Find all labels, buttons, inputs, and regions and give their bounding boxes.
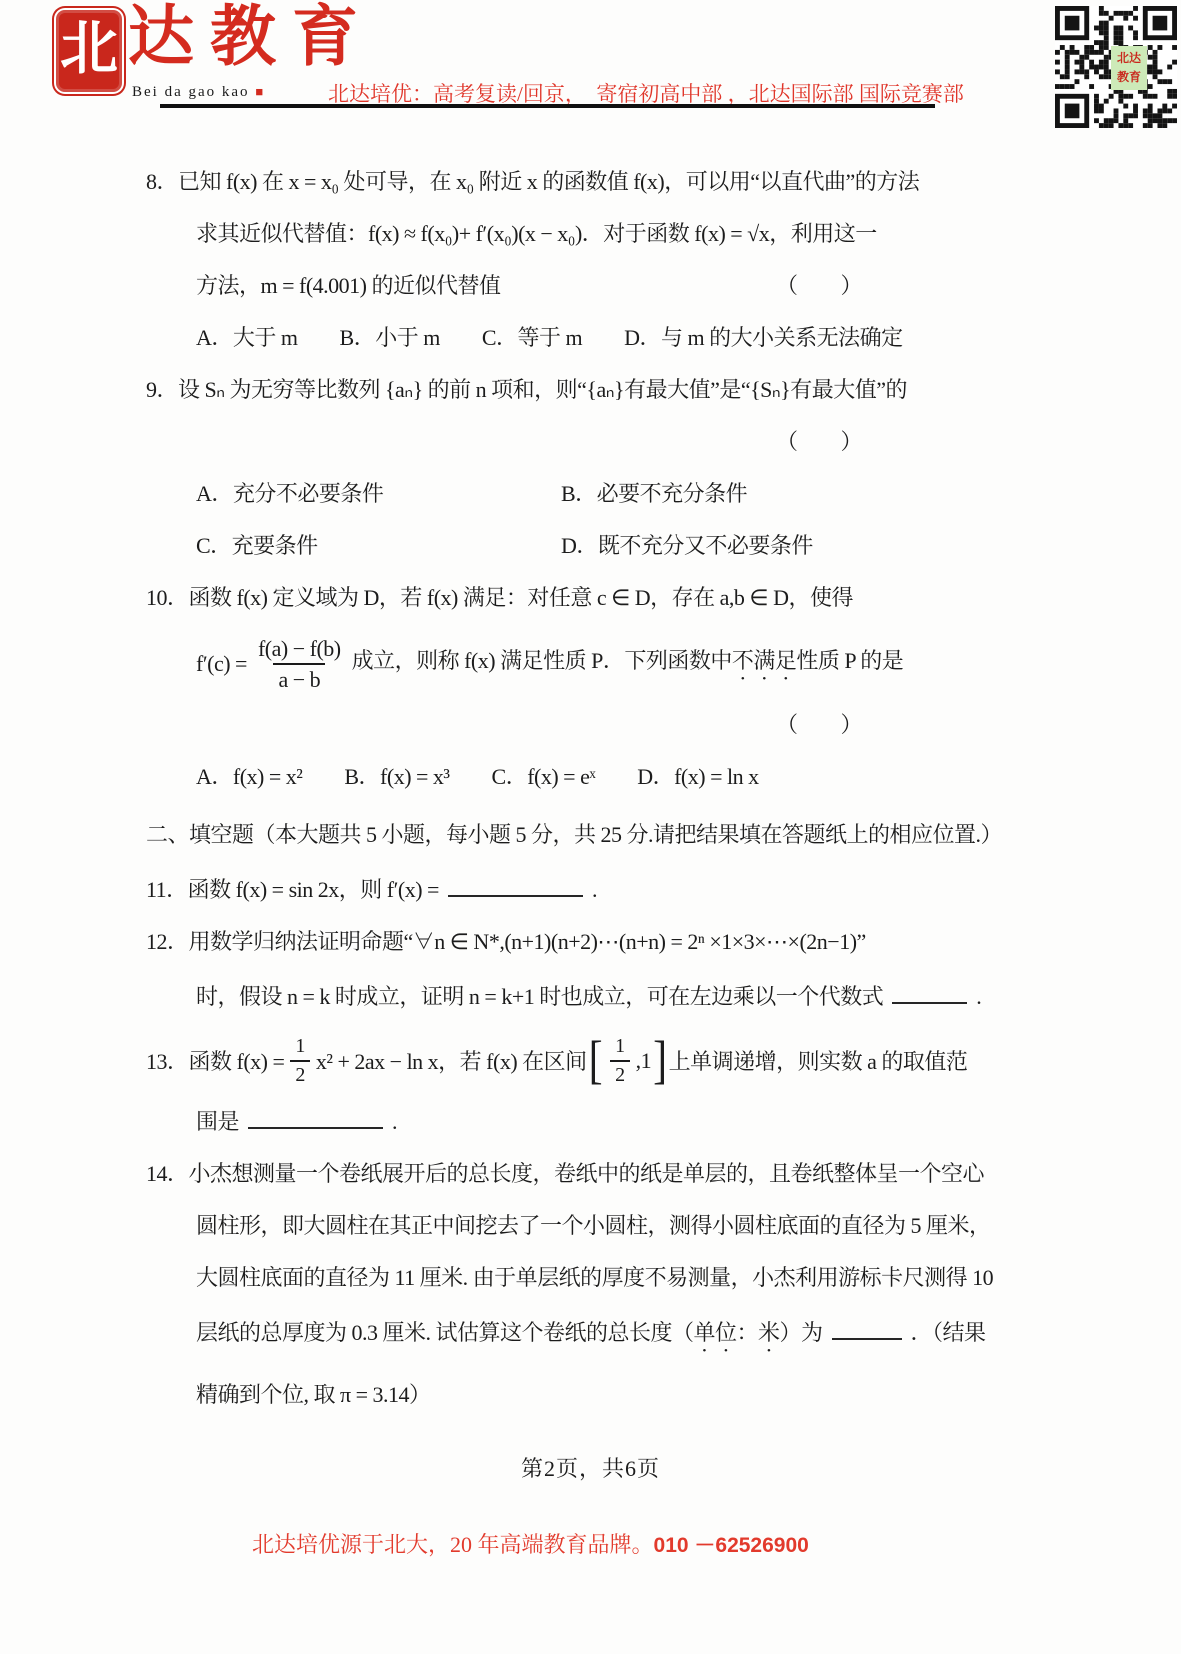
footer-phone: 010 －62526900 [654, 1534, 809, 1557]
q10-option-c: C．f(x) = eˣ [492, 763, 596, 791]
q14-line-2: 圆柱形，即大圆柱在其正中间挖去了一个小圆柱，测得小圆柱底面的直径为 5 厘米， [146, 1212, 890, 1240]
qr-code: 北达 教育 [1055, 6, 1177, 128]
header-divider [160, 104, 935, 108]
q10-line-1: 10．函数 f(x) 定义域为 D，若 f(x) 满足：对任意 c ∈ D，存在… [146, 584, 890, 612]
question-14: 14．小杰想测量一个卷纸展开后的总长度，卷纸中的纸是单层的，且卷纸整体呈一个空心… [146, 1160, 890, 1409]
brand-pinyin: Bei da gao kao ■ [132, 84, 265, 101]
q9-option-b: B．必要不充分条件 [561, 480, 890, 508]
q9-bracket-line: （ ） [146, 428, 890, 456]
emphasized-text: 不满足 [732, 648, 797, 673]
q10-option-a: A．f(x) = x² [196, 763, 302, 791]
q13-line-1: 13．函数 f(x) = 1 2 x² + 2ax − ln x，若 f(x) … [146, 1035, 890, 1087]
q9-line-1: 9．设 Sₙ 为无穷等比数列 {aₙ} 的前 n 项和，则“{aₙ}有最大值”是… [146, 376, 890, 404]
answer-bracket: （ ） [776, 711, 862, 739]
q13-line-2: 围是 . [146, 1105, 890, 1136]
question-11: 11．函数 f(x) = sin 2x，则 f′(x) = . [146, 873, 890, 904]
brand-title: 达教育 [128, 2, 374, 75]
q10-bracket-line: （ ） [146, 711, 890, 739]
page-number: 第2页，共6页 [0, 1452, 1181, 1483]
fraction: 1 2 [610, 1035, 630, 1087]
question-12: 12．用数学归纳法证明命题“∀n ∈ N*,(n+1)(n+2)⋯(n+n) =… [146, 928, 890, 1011]
questions-area: 8．已知 f(x) 在 x = x₀ 处可导，在 x₀ 附近 x 的函数值 f(… [146, 168, 890, 1433]
q8-option-d: D．与 m 的大小关系无法确定 [624, 324, 903, 352]
question-8: 8．已知 f(x) 在 x = x₀ 处可导，在 x₀ 附近 x 的函数值 f(… [146, 168, 890, 352]
qr-center-label: 北达 教育 [1111, 46, 1147, 90]
answer-blank [248, 1105, 383, 1129]
q10-option-b: B．f(x) = x³ [344, 763, 449, 791]
left-bracket: [ [589, 1034, 603, 1087]
q12-line-1: 12．用数学归纳法证明命题“∀n ∈ N*,(n+1)(n+2)⋯(n+n) =… [146, 928, 890, 956]
answer-bracket: （ ） [776, 272, 890, 300]
q8-option-a: A．大于 m [196, 324, 298, 352]
q8-line-1: 8．已知 f(x) 在 x = x₀ 处可导，在 x₀ 附近 x 的函数值 f(… [146, 168, 890, 196]
q10-formula-line: f′(c) = f(a) − f(b) a − b 成立，则称 f(x) 满足性… [146, 636, 890, 693]
fraction: f(a) − f(b) a − b [253, 636, 346, 693]
q14-line-3: 大圆柱底面的直径为 11 厘米. 由于单层纸的厚度不易测量，小杰利用游标卡尺测得… [146, 1264, 890, 1292]
q8-options: A．大于 m B．小于 m C．等于 m D．与 m 的大小关系无法确定 [146, 324, 890, 352]
q8-line-2: 求其近似代替值：f(x) ≈ f(x₀)+ f′(x₀)(x − x₀)．对于函… [146, 220, 890, 248]
q12-line-2: 时，假设 n = k 时成立，证明 n = k+1 时也成立，可在左边乘以一个代… [146, 980, 890, 1011]
emphasized-text: 单位：米 [694, 1320, 780, 1345]
answer-bracket: （ ） [776, 428, 862, 456]
answer-blank [892, 980, 967, 1004]
q8-line-3: 方法，m = f(4.001) 的近似代替值 （ ） [146, 272, 890, 300]
q9-option-c: C．充要条件 [196, 532, 561, 560]
exam-page: 北 达教育 Bei da gao kao ■ 北达培优：高考复读/回京， 寄宿初… [0, 0, 1181, 1654]
right-bracket: ] [653, 1034, 667, 1087]
question-10: 10．函数 f(x) 定义域为 D，若 f(x) 满足：对任意 c ∈ D，存在… [146, 584, 890, 791]
red-square-icon: ■ [255, 84, 265, 99]
q8-option-c: C．等于 m [482, 324, 582, 352]
q9-options: A．充分不必要条件 B．必要不充分条件 C．充要条件 D．既不充分又不必要条件 [146, 480, 890, 560]
q8-option-b: B．小于 m [340, 324, 440, 352]
q10-options: A．f(x) = x² B．f(x) = x³ C．f(x) = eˣ D．f(… [146, 763, 890, 791]
q9-option-a: A．充分不必要条件 [196, 480, 561, 508]
section-2-title: 二、填空题（本大题共 5 小题，每小题 5 分，共 25 分.请把结果填在答题纸… [146, 821, 890, 849]
seal-character: 北 [60, 20, 118, 78]
question-13: 13．函数 f(x) = 1 2 x² + 2ax − ln x，若 f(x) … [146, 1035, 890, 1136]
question-9: 9．设 Sₙ 为无穷等比数列 {aₙ} 的前 n 项和，则“{aₙ}有最大值”是… [146, 376, 890, 560]
footer-slogan: 北达培优源于北大，20 年高端教育品牌。010 －62526900 [252, 1528, 809, 1559]
q14-line-5: 精确到个位, 取 π = 3.14） [146, 1381, 890, 1409]
q10-formula-prefix: f′(c) = [196, 651, 247, 677]
brand-seal-logo: 北 [56, 10, 122, 92]
fraction: 1 2 [290, 1035, 310, 1087]
answer-blank [448, 873, 583, 897]
page-header: 北 达教育 Bei da gao kao ■ 北达培优：高考复读/回京， 寄宿初… [0, 0, 1181, 132]
q14-line-4: 层纸的总厚度为 0.3 厘米. 试估算这个卷纸的总长度（单位：米）为 ．（结果 [146, 1316, 890, 1357]
answer-blank [832, 1316, 902, 1340]
q14-line-1: 14．小杰想测量一个卷纸展开后的总长度，卷纸中的纸是单层的，且卷纸整体呈一个空心 [146, 1160, 890, 1188]
q9-option-d: D．既不充分又不必要条件 [561, 532, 890, 560]
q10-option-d: D．f(x) = ln x [637, 763, 758, 791]
